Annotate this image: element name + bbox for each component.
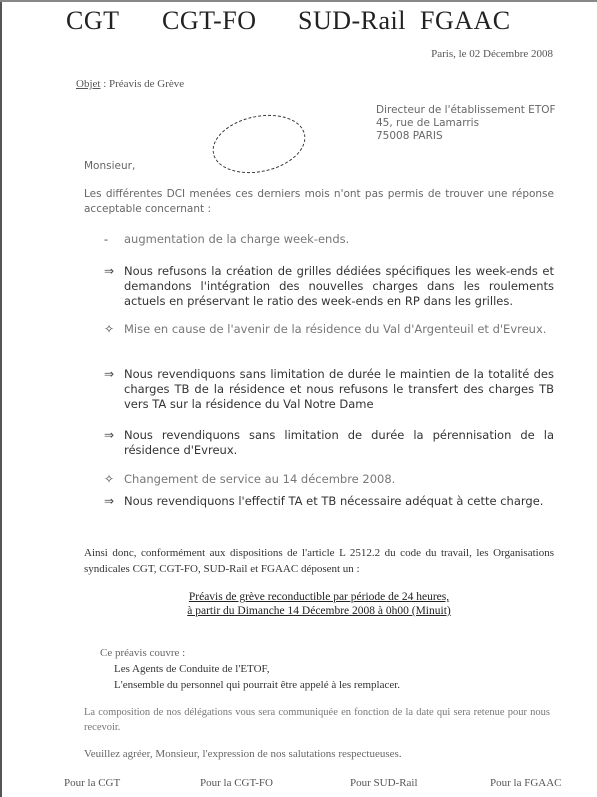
notice-line: à partir du Dimanche 14 Décembre 2008 à … xyxy=(84,604,554,618)
intro-paragraph: Les différentes DCI menées ces derniers … xyxy=(84,187,554,217)
legal-paragraph: Ainsi donc, conformément aux disposition… xyxy=(84,546,554,577)
list-item: ⇒ Nous refusons la création de grilles d… xyxy=(104,264,554,309)
notice-line: Préavis de grève reconductible par pério… xyxy=(84,590,554,604)
covers-label: Ce préavis couvre : xyxy=(100,647,185,659)
signature-cgt-fo: Pour la CGT-FO xyxy=(200,777,273,789)
list-item-text: augmentation de la charge week-ends. xyxy=(124,232,349,247)
bullet: - xyxy=(104,232,124,247)
recipient-address: Directeur de l'établissement ETOF 45, ru… xyxy=(376,104,556,143)
strike-notice: Préavis de grève reconductible par pério… xyxy=(84,590,554,618)
recipient-line: 45, rue de Lamarris xyxy=(376,117,556,130)
list-item: ⇒ Nous revendiquons l'effectif TA et TB … xyxy=(104,494,554,509)
letter-object: Objet : Préavis de Grève xyxy=(76,78,184,90)
letter-date: Paris, le 02 Décembre 2008 xyxy=(431,48,553,60)
covers-item: L'ensemble du personnel qui pourrait êtr… xyxy=(114,679,400,691)
list-item-text: Changement de service au 14 décembre 200… xyxy=(124,472,395,487)
covers-item: Les Agents de Conduite de l'ETOF, xyxy=(114,663,270,675)
list-item-text: Nous revendiquons sans limitation de dur… xyxy=(124,367,554,412)
arrow-icon: ⇒ xyxy=(104,264,124,309)
list-item: - augmentation de la charge week-ends. xyxy=(104,232,554,247)
recipient-line: 75008 PARIS xyxy=(376,130,556,143)
list-item-text: Nous revendiquons l'effectif TA et TB né… xyxy=(124,494,543,509)
list-item-text: Mise en cause de l'avenir de la résidenc… xyxy=(124,322,546,337)
arrow-icon: ⇒ xyxy=(104,494,124,509)
scan-border-top xyxy=(0,0,597,2)
object-text: : Préavis de Grève xyxy=(100,78,184,90)
list-item: ✧ Mise en cause de l'avenir de la réside… xyxy=(104,322,554,337)
diamond-bullet-icon: ✧ xyxy=(104,322,124,337)
recipient-line: Directeur de l'établissement ETOF xyxy=(376,104,556,117)
signature-fgaac: Pour la FGAAC xyxy=(490,777,562,789)
signature-sud-rail: Pour SUD-Rail xyxy=(350,777,418,789)
list-item-text: Nous refusons la création de grilles déd… xyxy=(124,264,554,309)
stamp-circle xyxy=(207,107,311,181)
object-label: Objet xyxy=(76,78,100,90)
closing-formula: Veuillez agréer, Monsieur, l'expression … xyxy=(84,748,402,760)
arrow-icon: ⇒ xyxy=(104,367,124,412)
salutation: Monsieur, xyxy=(84,160,135,172)
delegation-paragraph: La composition de nos délégations vous s… xyxy=(84,705,550,735)
signature-cgt: Pour la CGT xyxy=(64,777,120,789)
letterhead-cgt: CGT xyxy=(66,6,120,36)
list-item: ⇒ Nous revendiquons sans limitation de d… xyxy=(104,367,554,412)
list-item: ✧ Changement de service au 14 décembre 2… xyxy=(104,472,554,487)
letterhead-fgaac: FGAAC xyxy=(420,6,511,36)
letterhead-cgt-fo: CGT-FO xyxy=(162,6,257,36)
list-item: ⇒ Nous revendiquons sans limitation de d… xyxy=(104,428,554,458)
list-item-text: Nous revendiquons sans limitation de dur… xyxy=(124,428,554,458)
scan-border-left xyxy=(0,0,2,797)
letterhead-sud-rail: SUD-Rail xyxy=(298,6,406,36)
diamond-bullet-icon: ✧ xyxy=(104,472,124,487)
arrow-icon: ⇒ xyxy=(104,428,124,458)
